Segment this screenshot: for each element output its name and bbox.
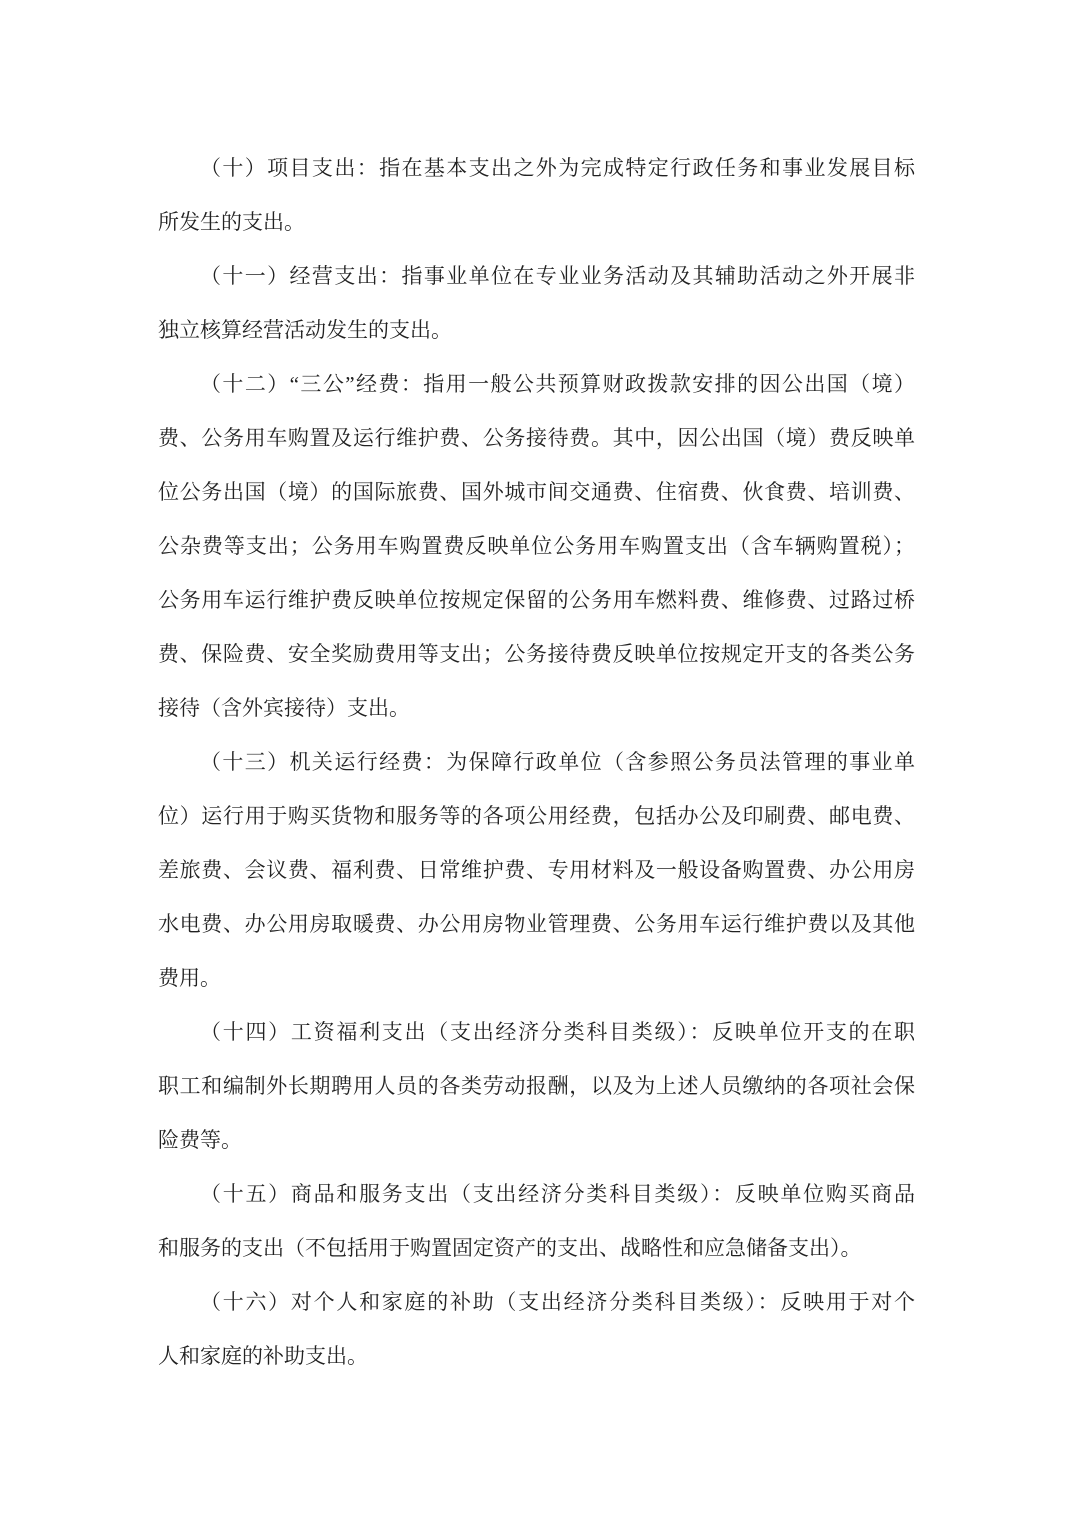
text-line: 独立核算经营活动发生的支出。 [158, 303, 915, 357]
text-line: 所发生的支出。 [158, 195, 915, 249]
text-line: 费用。 [158, 951, 915, 1005]
text-line: 费、公务用车购置及运行维护费、公务接待费。其中，因公出国（境）费反映单 [158, 411, 915, 465]
paragraph-item-12-three-public-funds: （十二）“三公”经费：指用一般公共预算财政拨款安排的因公出国（境）费、公务用车购… [158, 357, 915, 735]
text-line: （十四）工资福利支出（支出经济分类科目类级）：反映单位开支的在职 [158, 1005, 915, 1059]
paragraph-item-11-operating-expenditure: （十一）经营支出：指事业单位在专业业务活动及其辅助活动之外开展非独立核算经营活动… [158, 249, 915, 357]
text-line: （十五）商品和服务支出（支出经济分类科目类级）：反映单位购买商品 [158, 1167, 915, 1221]
document-body: （十）项目支出：指在基本支出之外为完成特定行政任务和事业发展目标所发生的支出。（… [158, 141, 915, 1383]
paragraph-item-13-agency-operating-funds: （十三）机关运行经费：为保障行政单位（含参照公务员法管理的事业单位）运行用于购买… [158, 735, 915, 1005]
text-line: 人和家庭的补助支出。 [158, 1329, 915, 1383]
text-line: （十二）“三公”经费：指用一般公共预算财政拨款安排的因公出国（境） [158, 357, 915, 411]
text-line: （十）项目支出：指在基本支出之外为完成特定行政任务和事业发展目标 [158, 141, 915, 195]
text-line: （十一）经营支出：指事业单位在专业业务活动及其辅助活动之外开展非 [158, 249, 915, 303]
paragraph-item-15-goods-services-expenditure: （十五）商品和服务支出（支出经济分类科目类级）：反映单位购买商品和服务的支出（不… [158, 1167, 915, 1275]
text-line: 公杂费等支出；公务用车购置费反映单位公务用车购置支出（含车辆购置税）； [158, 519, 915, 573]
text-line: 和服务的支出（不包括用于购置固定资产的支出、战略性和应急储备支出）。 [158, 1221, 915, 1275]
text-line: （十三）机关运行经费：为保障行政单位（含参照公务员法管理的事业单 [158, 735, 915, 789]
paragraph-item-16-subsidies-individuals-families: （十六）对个人和家庭的补助（支出经济分类科目类级）：反映用于对个人和家庭的补助支… [158, 1275, 915, 1383]
text-line: （十六）对个人和家庭的补助（支出经济分类科目类级）：反映用于对个 [158, 1275, 915, 1329]
text-line: 公务用车运行维护费反映单位按规定保留的公务用车燃料费、维修费、过路过桥 [158, 573, 915, 627]
text-line: 位）运行用于购买货物和服务等的各项公用经费，包括办公及印刷费、邮电费、 [158, 789, 915, 843]
document-page: （十）项目支出：指在基本支出之外为完成特定行政任务和事业发展目标所发生的支出。（… [0, 0, 1074, 1520]
text-line: 位公务出国（境）的国际旅费、国外城市间交通费、住宿费、伙食费、培训费、 [158, 465, 915, 519]
text-line: 职工和编制外长期聘用人员的各类劳动报酬，以及为上述人员缴纳的各项社会保 [158, 1059, 915, 1113]
paragraph-item-10-project-expenditure: （十）项目支出：指在基本支出之外为完成特定行政任务和事业发展目标所发生的支出。 [158, 141, 915, 249]
text-line: 险费等。 [158, 1113, 915, 1167]
text-line: 费、保险费、安全奖励费用等支出；公务接待费反映单位按规定开支的各类公务 [158, 627, 915, 681]
text-line: 水电费、办公用房取暖费、办公用房物业管理费、公务用车运行维护费以及其他 [158, 897, 915, 951]
text-line: 差旅费、会议费、福利费、日常维护费、专用材料及一般设备购置费、办公用房 [158, 843, 915, 897]
text-line: 接待（含外宾接待）支出。 [158, 681, 915, 735]
paragraph-item-14-salary-welfare-expenditure: （十四）工资福利支出（支出经济分类科目类级）：反映单位开支的在职职工和编制外长期… [158, 1005, 915, 1167]
